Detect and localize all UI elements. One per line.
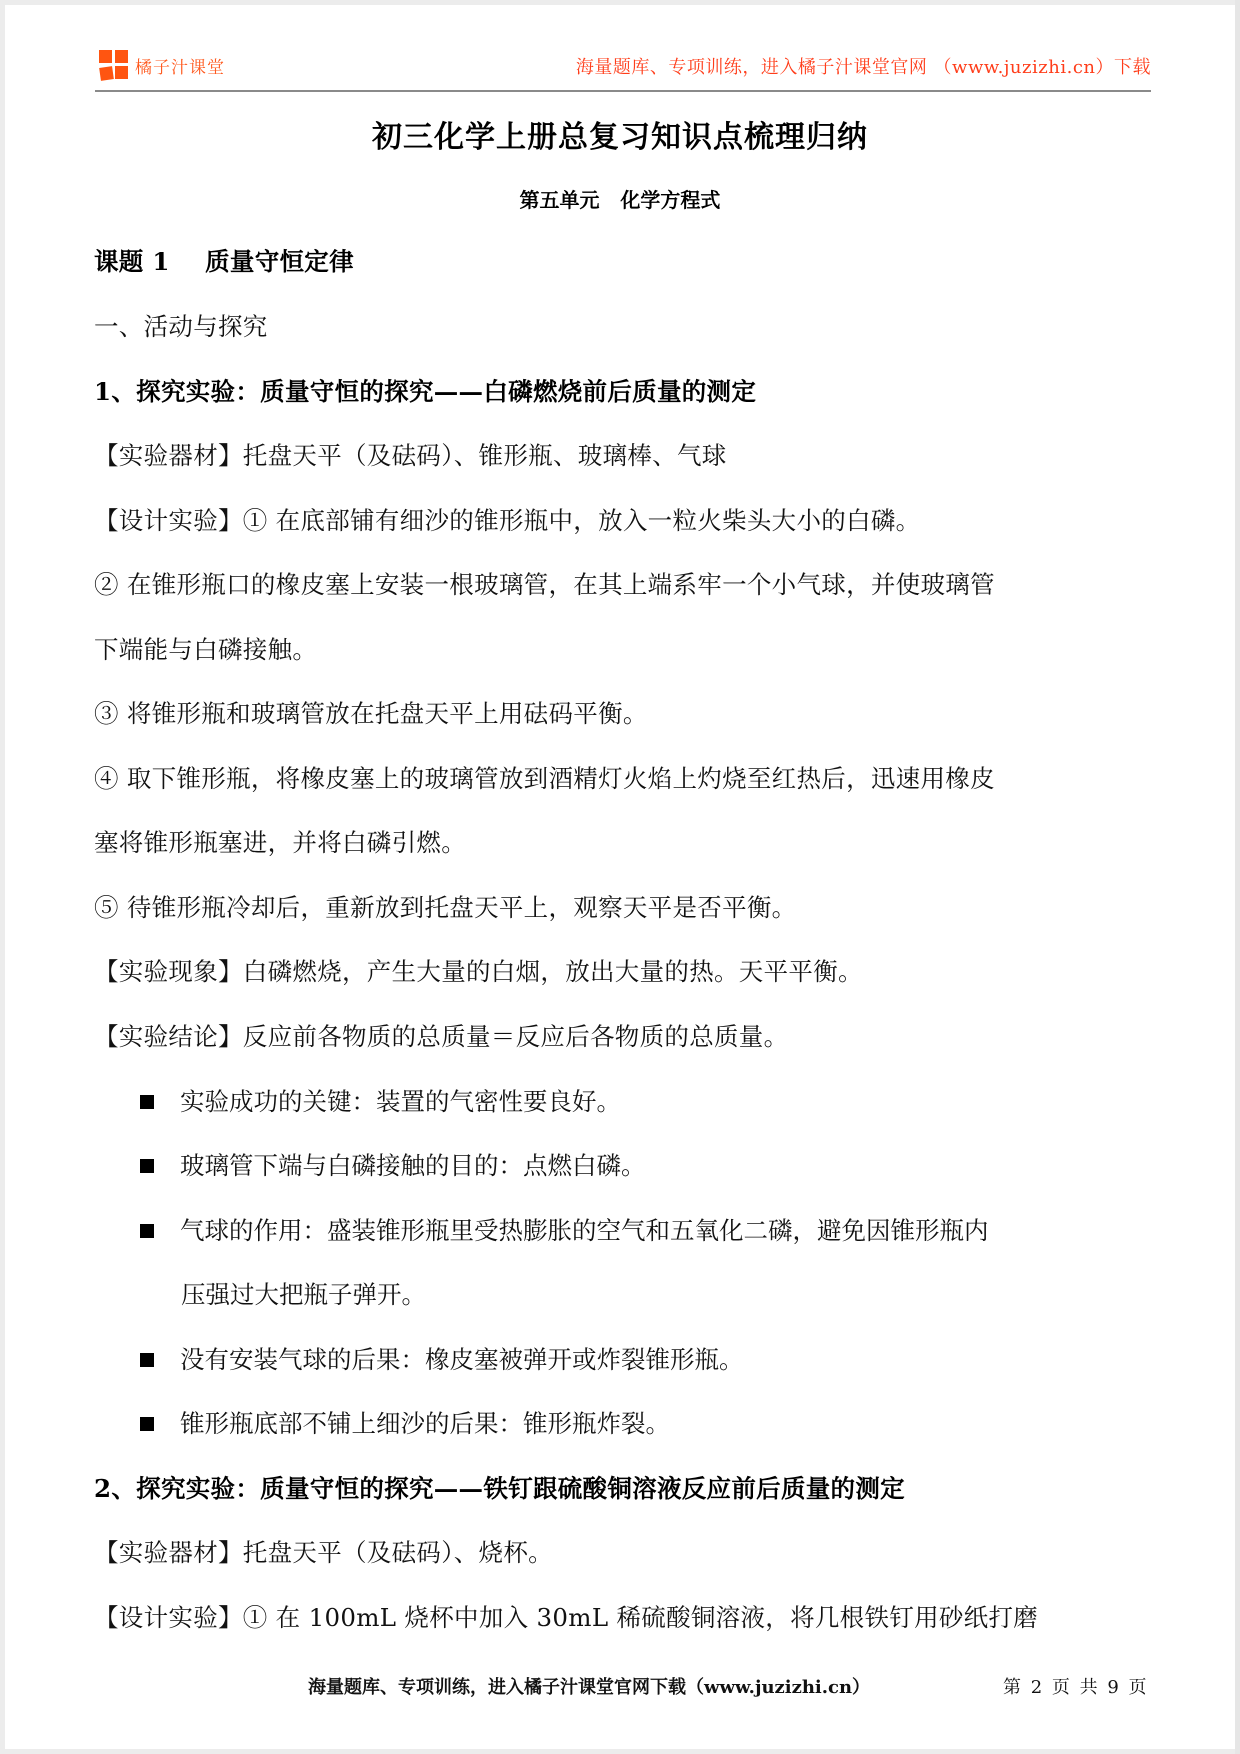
footer-slogan: 海量题库、专项训练，进入橘子汁课堂官网下载（www.juzizhi.cn） <box>308 1673 870 1699</box>
square-bullet-icon <box>140 1353 154 1367</box>
experiment1-design-step4b: 塞将锥形瓶塞进，并将白磷引燃。 <box>94 827 466 859</box>
scrollbar-track <box>1235 0 1240 1754</box>
section-heading: 一、活动与探究 <box>94 311 268 343</box>
experiment1-equipment: 【实验器材】托盘天平（及砝码）、锥形瓶、玻璃棒、气球 <box>94 440 727 472</box>
note-item: 玻璃管下端与白磷接触的目的：点燃白磷。 <box>140 1150 646 1182</box>
note-item: 实验成功的关键：装置的气密性要良好。 <box>140 1086 621 1118</box>
note-item: 没有安装气球的后果：橡皮塞被弹开或炸裂锥形瓶。 <box>140 1344 744 1376</box>
experiment2-equipment: 【实验器材】托盘天平（及砝码）、烧杯。 <box>94 1537 553 1569</box>
experiment1-phenomenon: 【实验现象】白磷燃烧，产生大量的白烟，放出大量的热。天平平衡。 <box>94 956 863 988</box>
logo-text: 橘子汁课堂 <box>135 53 225 78</box>
brand-logo: 橘子汁课堂 <box>99 49 225 81</box>
note-item-continued: 压强过大把瓶子弹开。 <box>181 1279 426 1311</box>
note-item: 锥形瓶底部不铺上细沙的后果：锥形瓶炸裂。 <box>140 1408 670 1440</box>
square-bullet-icon <box>140 1417 154 1431</box>
lesson-heading: 课题 1 质量守恒定律 <box>94 246 354 278</box>
experiment1-design-step1: 【设计实验】① 在底部铺有细沙的锥形瓶中，放入一粒火柴头大小的白磷。 <box>94 505 920 537</box>
page-indicator: 第 2 页 共 9 页 <box>1003 1673 1149 1699</box>
experiment1-design-step4a: ④ 取下锥形瓶，将橡皮塞上的玻璃管放到酒精灯火焰上灼烧至红热后，迅速用橡皮 <box>94 763 995 795</box>
experiment2-design-step1: 【设计实验】① 在 100mL 烧杯中加入 30mL 稀硫酸铜溶液，将几根铁钉用… <box>94 1602 1038 1634</box>
note-item: 气球的作用：盛装锥形瓶里受热膨胀的空气和五氧化二磷，避免因锥形瓶内 <box>140 1215 989 1247</box>
experiment1-heading: 1、探究实验：质量守恒的探究——白磷燃烧前后质量的测定 <box>94 376 756 408</box>
header-slogan: 海量题库、专项训练，进入橘子汁课堂官网 （www.juzizhi.cn）下载 <box>576 53 1151 79</box>
experiment1-design-step2b: 下端能与白磷接触。 <box>94 634 317 666</box>
experiment1-design-step5: ⑤ 待锥形瓶冷却后，重新放到托盘天平上，观察天平是否平衡。 <box>94 892 797 924</box>
experiment2-heading: 2、探究实验：质量守恒的探究——铁钉跟硫酸铜溶液反应前后质量的测定 <box>94 1473 905 1505</box>
logo-squares-icon <box>99 50 129 80</box>
page-header: 橘子汁课堂 海量题库、专项训练，进入橘子汁课堂官网 （www.juzizhi.c… <box>95 45 1151 92</box>
square-bullet-icon <box>140 1159 154 1173</box>
square-bullet-icon <box>140 1224 154 1238</box>
experiment1-design-step3: ③ 将锥形瓶和玻璃管放在托盘天平上用砝码平衡。 <box>94 698 648 730</box>
experiment1-conclusion: 【实验结论】反应前各物质的总质量＝反应后各物质的总质量。 <box>94 1021 788 1053</box>
experiment1-design-step2a: ② 在锥形瓶口的橡皮塞上安装一根玻璃管，在其上端系牢一个小气球，并使玻璃管 <box>94 569 995 601</box>
document-title: 初三化学上册总复习知识点梳理归纳 <box>0 112 1240 156</box>
unit-subtitle: 第五单元 化学方程式 <box>0 184 1240 213</box>
square-bullet-icon <box>140 1095 154 1109</box>
